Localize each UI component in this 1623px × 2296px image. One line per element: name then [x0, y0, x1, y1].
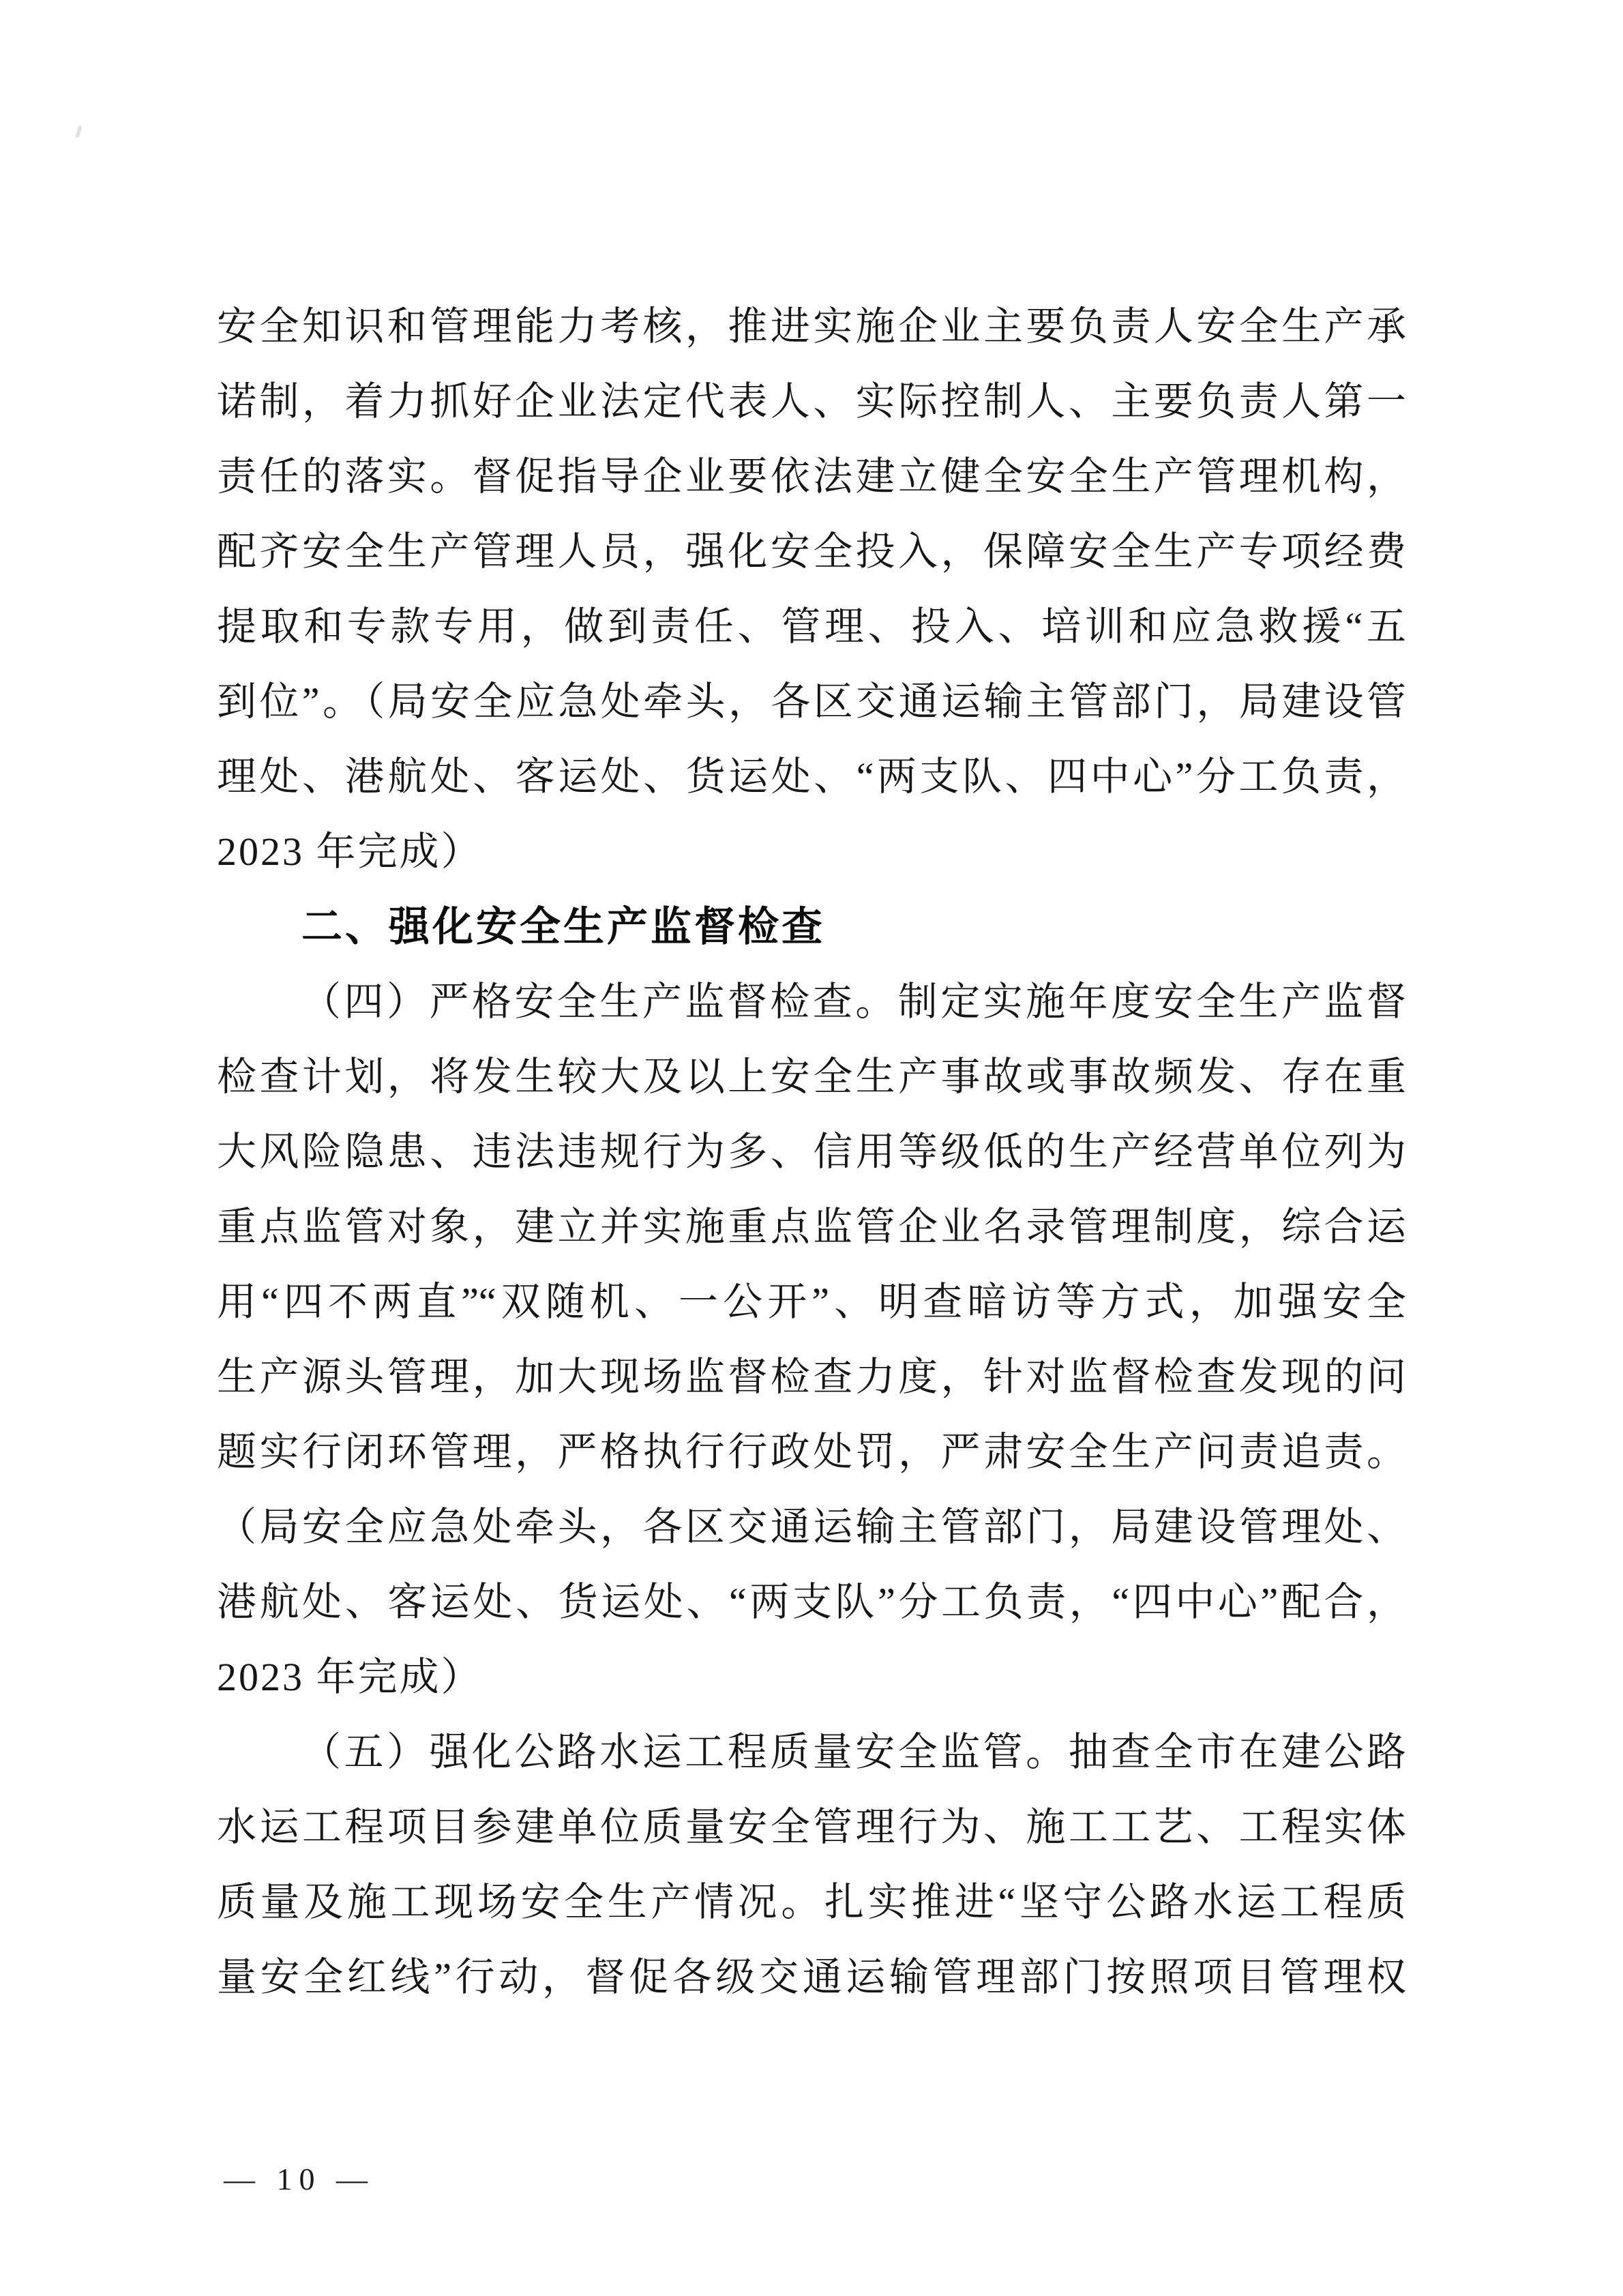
document-page: 安全知识和管理能力考核，推进实施企业主要负责人安全生产承诺制，着力抓好企业法定代…: [0, 0, 1623, 2296]
text-line: 水运工程项目参建单位质量安全管理行为、施工工艺、工程实体: [217, 1790, 1406, 1865]
text-line: 量安全红线”行动，督促各级交通运输管理部门按照项目管理权: [217, 1940, 1406, 2015]
text-line: 用“四不两直”“双随机、一公开”、明查暗访等方式，加强安全: [217, 1265, 1406, 1340]
text-line: 安全知识和管理能力考核，推进实施企业主要负责人安全生产承: [217, 289, 1406, 364]
section-heading: 二、强化安全生产监督检查: [217, 889, 1406, 965]
text-line: 重点监管对象，建立并实施重点监管企业名录管理制度，综合运: [217, 1190, 1406, 1265]
text-line: （四）严格安全生产监督检查。制定实施年度安全生产监督: [217, 965, 1406, 1040]
text-line: 诺制，着力抓好企业法定代表人、实际控制人、主要负责人第一: [217, 364, 1406, 439]
text-line: 题实行闭环管理，严格执行行政处罚，严肃安全生产问责追责。: [217, 1415, 1406, 1490]
text-line: （五）强化公路水运工程质量安全监管。抽查全市在建公路: [217, 1715, 1406, 1790]
text-line: 到位”。（局安全应急处牵头，各区交通运输主管部门，局建设管: [217, 664, 1406, 739]
text-block: 安全知识和管理能力考核，推进实施企业主要负责人安全生产承诺制，着力抓好企业法定代…: [217, 289, 1406, 2015]
scan-artifact: [75, 126, 82, 138]
text-line: 检查计划，将发生较大及以上安全生产事故或事故频发、存在重: [217, 1040, 1406, 1115]
text-line: 配齐安全生产管理人员，强化安全投入，保障安全生产专项经费: [217, 514, 1406, 589]
text-line: 生产源头管理，加大现场监督检查力度，针对监督检查发现的问: [217, 1340, 1406, 1415]
text-line: 提取和专款专用，做到责任、管理、投入、培训和应急救援“五: [217, 589, 1406, 664]
page-number: — 10 —: [224, 2161, 374, 2197]
text-line: 2023 年完成）: [217, 814, 1406, 889]
text-line: （局安全应急处牵头，各区交通运输主管部门，局建设管理处、: [217, 1490, 1406, 1565]
text-line: 大风险隐患、违法违规行为多、信用等级低的生产经营单位列为: [217, 1115, 1406, 1190]
text-line: 质量及施工现场安全生产情况。扎实推进“坚守公路水运工程质: [217, 1865, 1406, 1940]
text-line: 港航处、客运处、货运处、“两支队”分工负责，“四中心”配合，: [217, 1565, 1406, 1640]
text-line: 2023 年完成）: [217, 1640, 1406, 1715]
text-line: 理处、港航处、客运处、货运处、“两支队、四中心”分工负责，: [217, 739, 1406, 814]
text-line: 责任的落实。督促指导企业要依法建立健全安全生产管理机构，: [217, 439, 1406, 514]
